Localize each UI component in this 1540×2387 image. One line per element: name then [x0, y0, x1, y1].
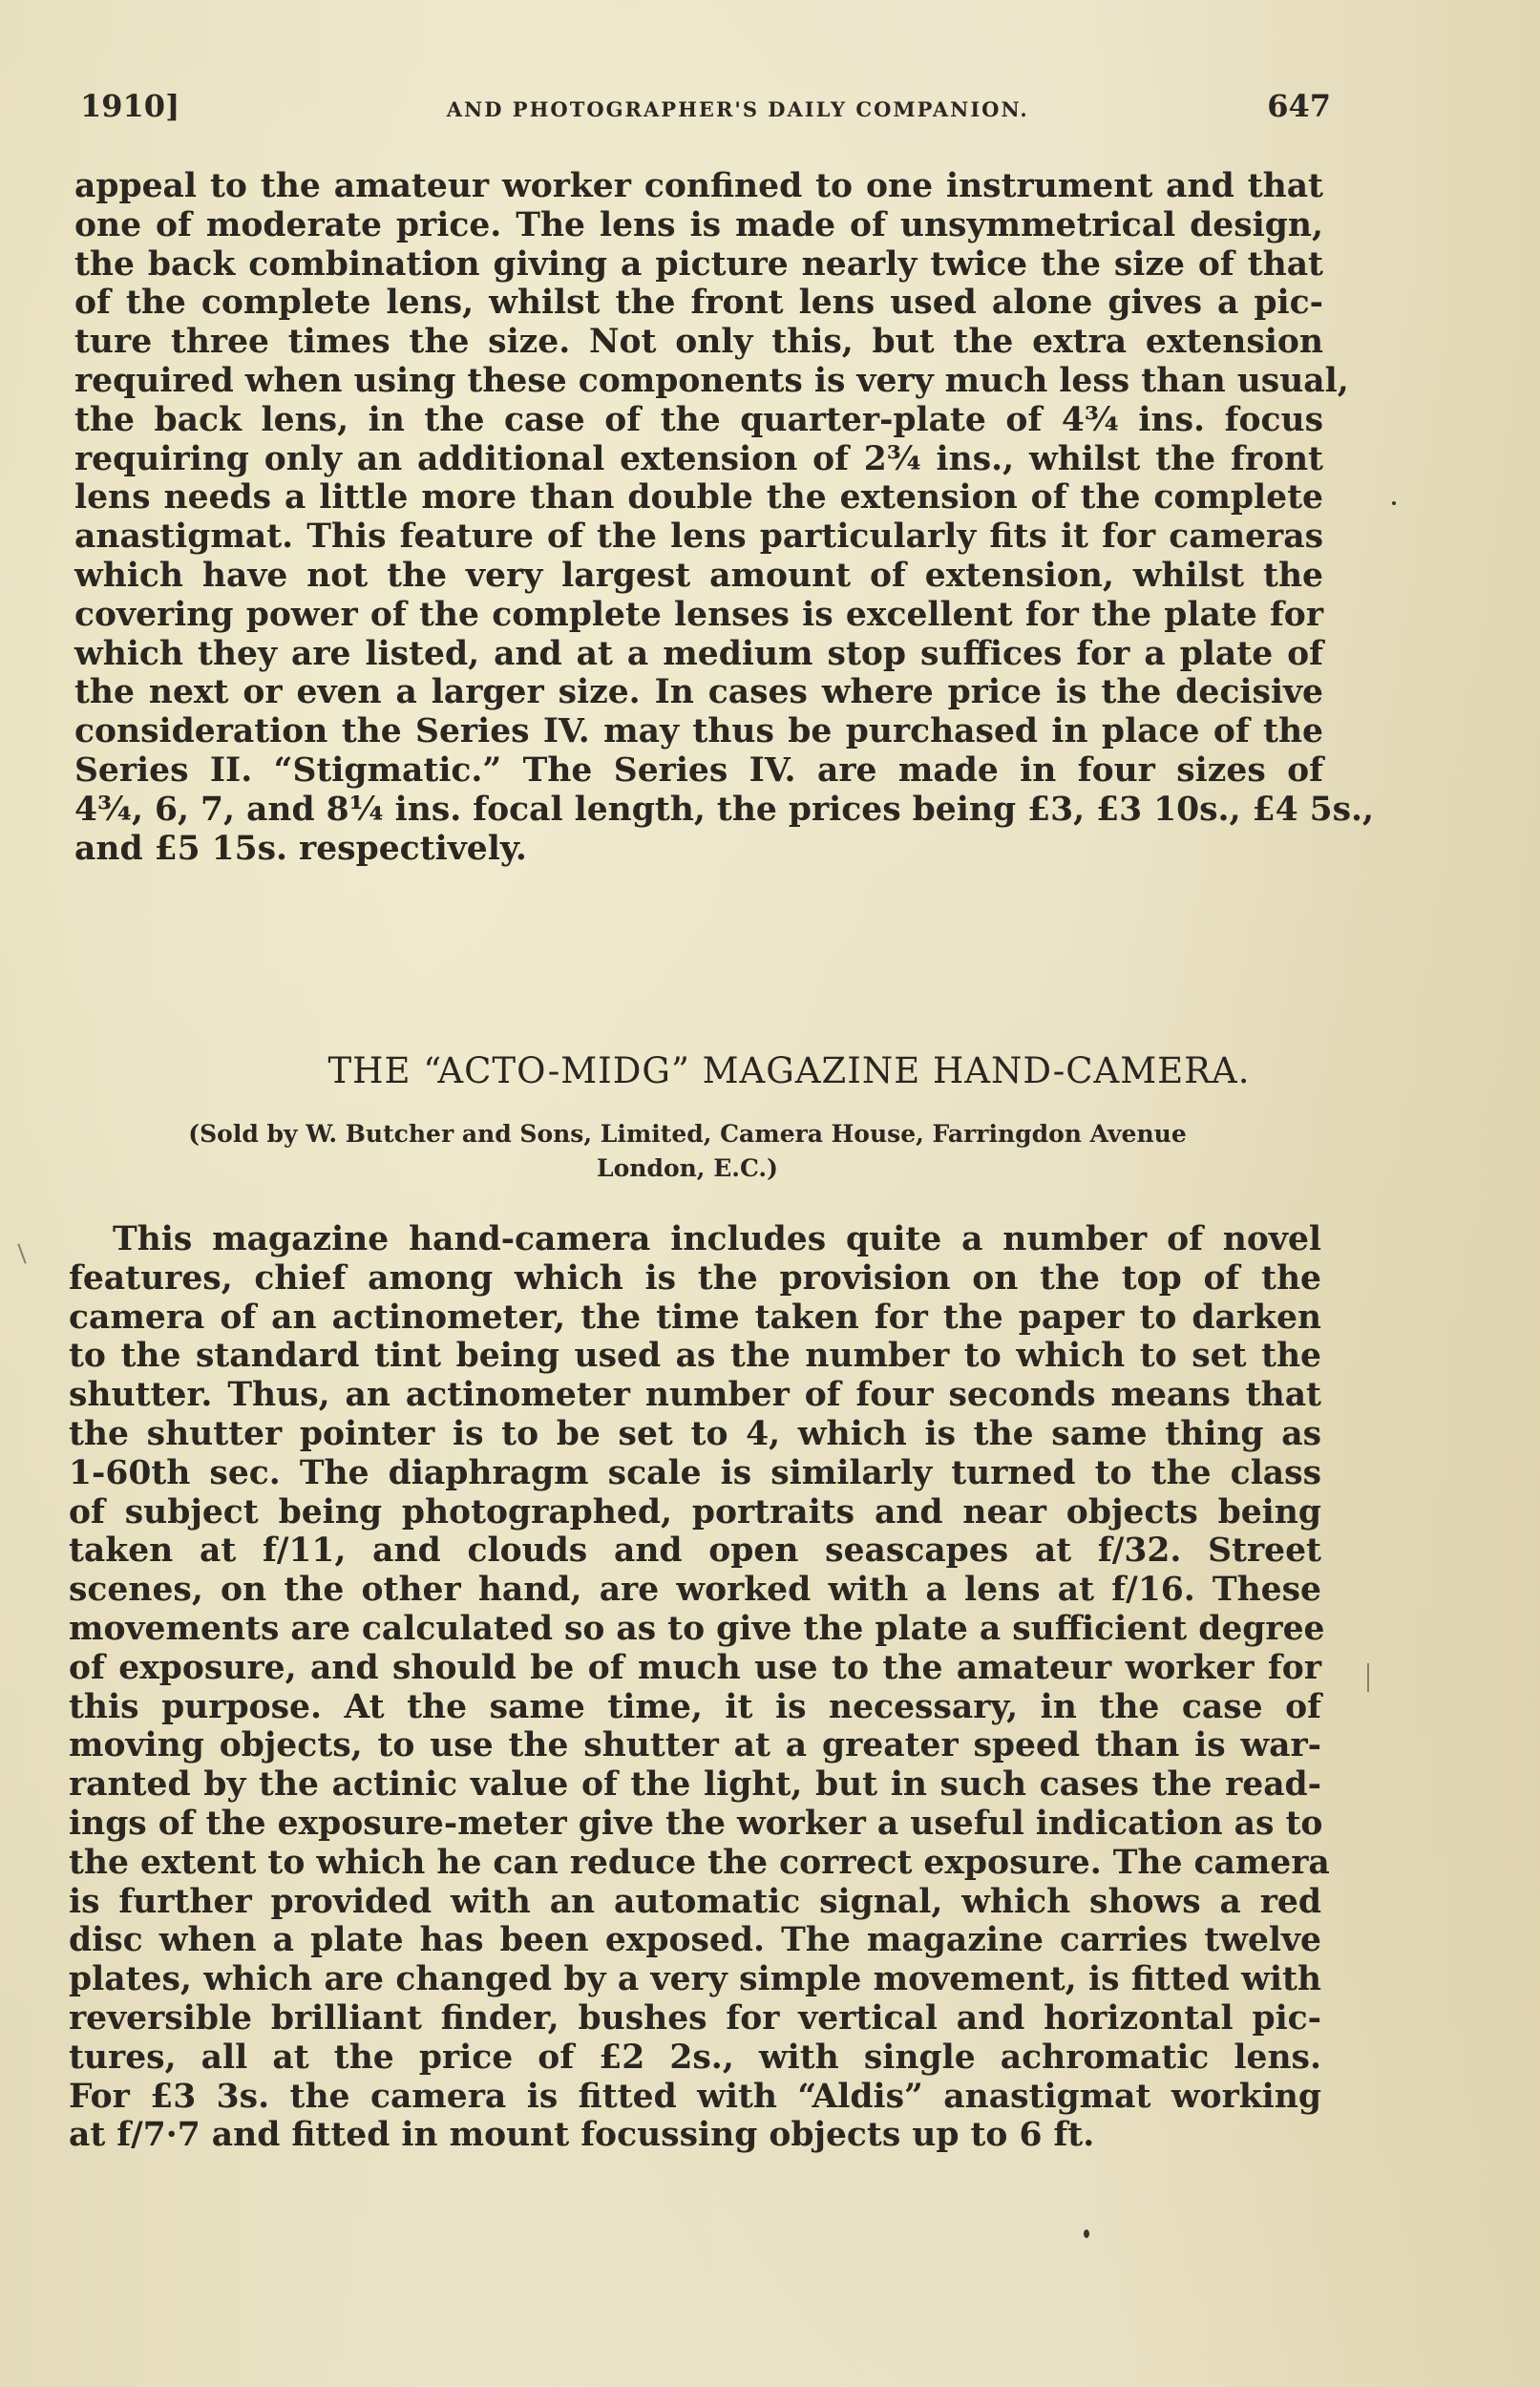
book-page: 1910] AND PHOTOGRAPHER'S DAILY COMPANION… [0, 0, 1540, 2387]
text-line: taken at f/11, and clouds and open seasc… [69, 1531, 1321, 1571]
text-line: the back lens, in the case of the quarte… [74, 401, 1323, 440]
text-line: 1-60th sec. The diaphragm scale is simil… [69, 1454, 1321, 1493]
text-line: at f/7·7 and fitted in mount focussing o… [69, 2116, 1321, 2155]
text-line: appeal to the amateur worker confined to… [74, 167, 1323, 206]
paper-mark [1367, 1663, 1369, 1692]
running-head: 1910] AND PHOTOGRAPHER'S DAILY COMPANION… [80, 88, 1331, 124]
text-line: and £5 15s. respectively. [74, 830, 1323, 869]
running-head-title: AND PHOTOGRAPHER'S DAILY COMPANION. [208, 97, 1267, 121]
text-line: of subject being photographed, portraits… [69, 1493, 1321, 1532]
text-line: covering power of the complete lenses is… [74, 596, 1323, 635]
paper-speck [1392, 501, 1396, 505]
text-line: of the complete lens, whilst the front l… [74, 284, 1323, 323]
text-line: ranted by the actinic value of the light… [69, 1765, 1321, 1805]
text-line: For £3 3s. the camera is fitted with “Al… [69, 2078, 1321, 2117]
text-line: of exposure, and should be of much use t… [69, 1649, 1321, 1688]
text-line: 4¾, 6, 7, and 8¼ ins. focal length, the … [74, 791, 1323, 830]
text-line: lens needs a little more than double the… [74, 478, 1323, 518]
text-line: scenes, on the other hand, are worked wi… [69, 1571, 1321, 1610]
text-line: the extent to which he can reduce the co… [69, 1844, 1321, 1883]
text-line: consideration the Series IV. may thus be… [74, 712, 1323, 751]
text-line: requiring only an additional extension o… [74, 440, 1323, 479]
running-head-year: 1910] [80, 88, 179, 124]
text-line: anastigmat. This feature of the lens par… [74, 518, 1323, 557]
continued-paragraph: appeal to the amateur worker confined to… [74, 167, 1323, 868]
text-line: ture three times the size. Not only this… [74, 323, 1323, 362]
text-line: plates, which are changed by a very simp… [69, 1960, 1321, 1999]
article-title: THE “ACTO-MIDG” MAGAZINE HAND-CAMERA. [0, 1050, 1540, 1091]
text-line: disc when a plate has been exposed. The … [69, 1921, 1321, 1960]
subtitle-line: London, E.C.) [95, 1151, 1279, 1186]
subtitle-line: (Sold by W. Butcher and Sons, Limited, C… [95, 1117, 1279, 1151]
text-line: the shutter pointer is to be set to 4, w… [69, 1415, 1321, 1454]
text-line: ings of the exposure-meter give the work… [69, 1805, 1321, 1844]
text-line: reversible brilliant finder, bushes for … [69, 1999, 1321, 2038]
text-line: camera of an actinometer, the time taken… [69, 1299, 1321, 1338]
text-line: the next or even a larger size. In cases… [74, 673, 1323, 712]
text-line: required when using these components is … [74, 362, 1323, 401]
text-line: Series II. “Stigmatic.” The Series IV. a… [74, 751, 1323, 791]
page-number: 647 [1267, 88, 1331, 124]
article-body: This magazine hand-camera includes quite… [69, 1220, 1321, 2155]
text-line: shutter. Thus, an actinometer number of … [69, 1376, 1321, 1415]
text-line: moving objects, to use the shutter at a … [69, 1726, 1321, 1765]
text-line: which have not the very largest amount o… [74, 557, 1323, 596]
text-line: This magazine hand-camera includes quite… [69, 1220, 1321, 1259]
text-line: the back combination giving a picture ne… [74, 245, 1323, 285]
text-line: which they are listed, and at a medium s… [74, 635, 1323, 674]
text-line: features, chief among which is the provi… [69, 1259, 1321, 1299]
text-line: movements are calculated so as to give t… [69, 1610, 1321, 1649]
text-line: one of moderate price. The lens is made … [74, 206, 1323, 245]
paper-mark [17, 1243, 26, 1263]
text-line: tures, all at the price of £2 2s., with … [69, 2038, 1321, 2078]
text-line: this purpose. At the same time, it is ne… [69, 1688, 1321, 1727]
paper-speck [1084, 2229, 1089, 2238]
text-line: to the standard tint being used as the n… [69, 1337, 1321, 1376]
text-line: is further provided with an automatic si… [69, 1883, 1321, 1922]
article-subtitle: (Sold by W. Butcher and Sons, Limited, C… [95, 1117, 1279, 1186]
